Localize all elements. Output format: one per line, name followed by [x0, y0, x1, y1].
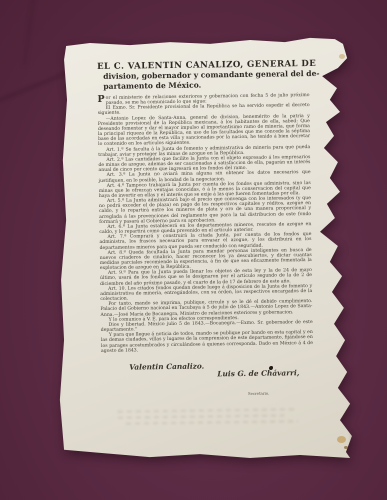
- paragraph-promulgation: Por tanto, mando se imprima, publique, c…: [100, 299, 312, 317]
- paragraph-bando: Y para que llegue á noticia de todos, ma…: [101, 330, 313, 354]
- bleedthrough-line: [126, 420, 298, 425]
- bleedthrough-line: [118, 408, 298, 413]
- document-body: Por el ministerio de relaciones exterior…: [97, 93, 313, 354]
- paper-stain: [339, 54, 345, 59]
- paragraph: —Antonio Lopez de Santa-Anna, general de…: [98, 114, 310, 148]
- signature-governor: Valentin Canalizo.: [129, 361, 204, 400]
- bleedthrough-line: [118, 414, 284, 419]
- photo-background: EL C. VALENTIN CANALIZO, GENERAL DE divi…: [0, 0, 387, 500]
- signature-block: Valentin Canalizo. Luis G. de Chávarri, …: [101, 360, 314, 401]
- document-content: EL C. VALENTIN CANALIZO, GENERAL DE divi…: [97, 59, 314, 429]
- paper-shadow: EL C. VALENTIN CANALIZO, GENERAL DE divi…: [0, 0, 387, 500]
- paragraph-article-5: Art. 5.º La Junta administrará bajo el p…: [99, 196, 311, 225]
- document-heading: EL C. VALENTIN CANALIZO, GENERAL DE divi…: [97, 59, 309, 91]
- signature-secretary-block: Luis G. de Chávarri, Secretario.: [217, 360, 300, 399]
- signature-secretary-title: Secretario.: [248, 390, 269, 395]
- paper-stain: [337, 436, 346, 443]
- signature-secretary: Luis G. de Chávarri,: [217, 368, 299, 378]
- document-paper: EL C. VALENTIN CANALIZO, GENERAL DE divi…: [56, 34, 354, 464]
- bleedthrough-text: [102, 408, 314, 425]
- paper-stain: [344, 446, 348, 449]
